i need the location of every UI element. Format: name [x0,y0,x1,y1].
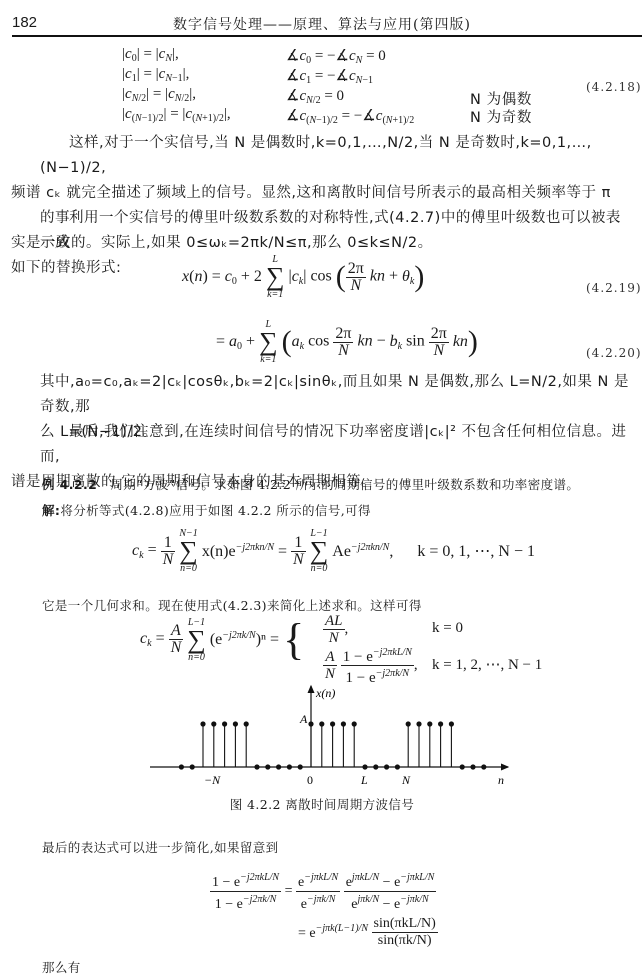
stem-point [308,721,313,726]
equation-number: (4.2.18) [586,80,642,94]
stem-point [352,721,357,726]
figure-caption: 图 4.2.2 离散时间周期方波信号 [0,795,644,813]
eq-row-3-mag: |cN/2| = |cN/2|, [122,86,196,104]
geometric-sum-text: 它是一个几何求和。现在使用式(4.2.3)来简化上述求和。这样可得 [42,596,422,614]
equation-4-2-20: = a0 + L∑k=1 (ak cos 2πN kn − bk sin 2πN… [216,319,478,365]
equation-simplify-line-2: = e−jπk(L−1)/N sin(πkL/N)sin(πk/N) [298,916,438,949]
x-axis-label: n [498,773,504,787]
stem-point [481,764,486,769]
equation-number: (4.2.19) [586,281,642,295]
stem-point [244,721,249,726]
stem-point [222,721,227,726]
eq-row-1-mag: |c0| = |cN|, [122,46,179,64]
stem-point [254,764,259,769]
solution-intro: 解:将分析等式(4.2.8)应用于如图 4.2.2 所示的信号,可得 [42,501,371,519]
stem-point [287,764,292,769]
amplitude-label: A [299,712,308,726]
stem-point [211,721,216,726]
stem-point [330,721,335,726]
eq-row-4-mag: |c(N−1)/2| = |c(N+1)/2|, [122,106,231,124]
stem-point [362,764,367,769]
tick-minus-N: −N [204,773,221,787]
stem-point [406,721,411,726]
stem-point [298,764,303,769]
eq-row-2-phase: ∡c1 = −∡cN−1 [286,66,373,86]
stem-point [233,721,238,726]
stem-point [416,721,421,726]
running-header-title: 数字信号处理——原理、算法与应用(第四版) [0,14,644,34]
stem-point [460,764,465,769]
y-axis-label: x(n) [315,686,335,700]
stem-point [449,721,454,726]
tick-L: L [360,773,368,787]
stem-point [190,764,195,769]
stem-point [427,721,432,726]
stem-point [265,764,270,769]
stem-point [384,764,389,769]
stems [179,721,487,769]
figure-square-wave-stem-plot: x(n) A −N 0 L N n [140,680,540,792]
case-2-condition: k = 1, 2, ⋯, N − 1 [432,655,542,674]
simplify-text: 最后的表达式可以进一步简化,如果留意到 [42,838,279,856]
eq-row-2-mag: |c1| = |cN−1|, [122,66,189,84]
eq-row-4-condition: N 为奇数 [470,106,532,127]
eq-row-3-phase: ∡cN/2 = 0 [286,86,344,106]
equation-4-2-19: x(n) = c0 + 2 L∑k=1 |ck| cos (2πN kn + θ… [182,254,424,300]
header-rule [12,35,642,37]
stem-point [470,764,475,769]
case-1-condition: k = 0 [432,620,463,637]
stem-point [438,721,443,726]
stem-point [341,721,346,726]
equation-ck-closed-form: ck = AN L−1∑n=0 (e−j2πk/N)ⁿ = { [140,614,304,665]
stem-point [179,764,184,769]
eq-row-1-phase: ∡c0 = −∡cN = 0 [286,46,386,66]
tick-zero: 0 [307,773,313,787]
stem-point [319,721,324,726]
equation-ck-analysis: ck = 1N N−1∑n=0 x(n)e−j2πkn/N = 1N L−1∑n… [132,528,535,574]
tick-N: N [401,773,411,787]
eq-row-4-phase: ∡c(N−1)/2 = −∡c(N+1)/2 [286,106,414,126]
case-1: ALN, [323,613,348,646]
stem-point [373,764,378,769]
equation-number: (4.2.20) [586,346,642,360]
final-text: 那么有 [42,958,81,976]
example-heading: 例 4.2.2 周期“方波”信号。求如图 4.2.2 所示的周期信号的傅里叶级数… [42,475,579,493]
stem-point [395,764,400,769]
equation-simplify-line-1: 1 − e−j2πkL/N1 − e−j2πk/N = e−jπkL/Ne−jπ… [210,870,436,913]
stem-point [276,764,281,769]
stem-point [200,721,205,726]
